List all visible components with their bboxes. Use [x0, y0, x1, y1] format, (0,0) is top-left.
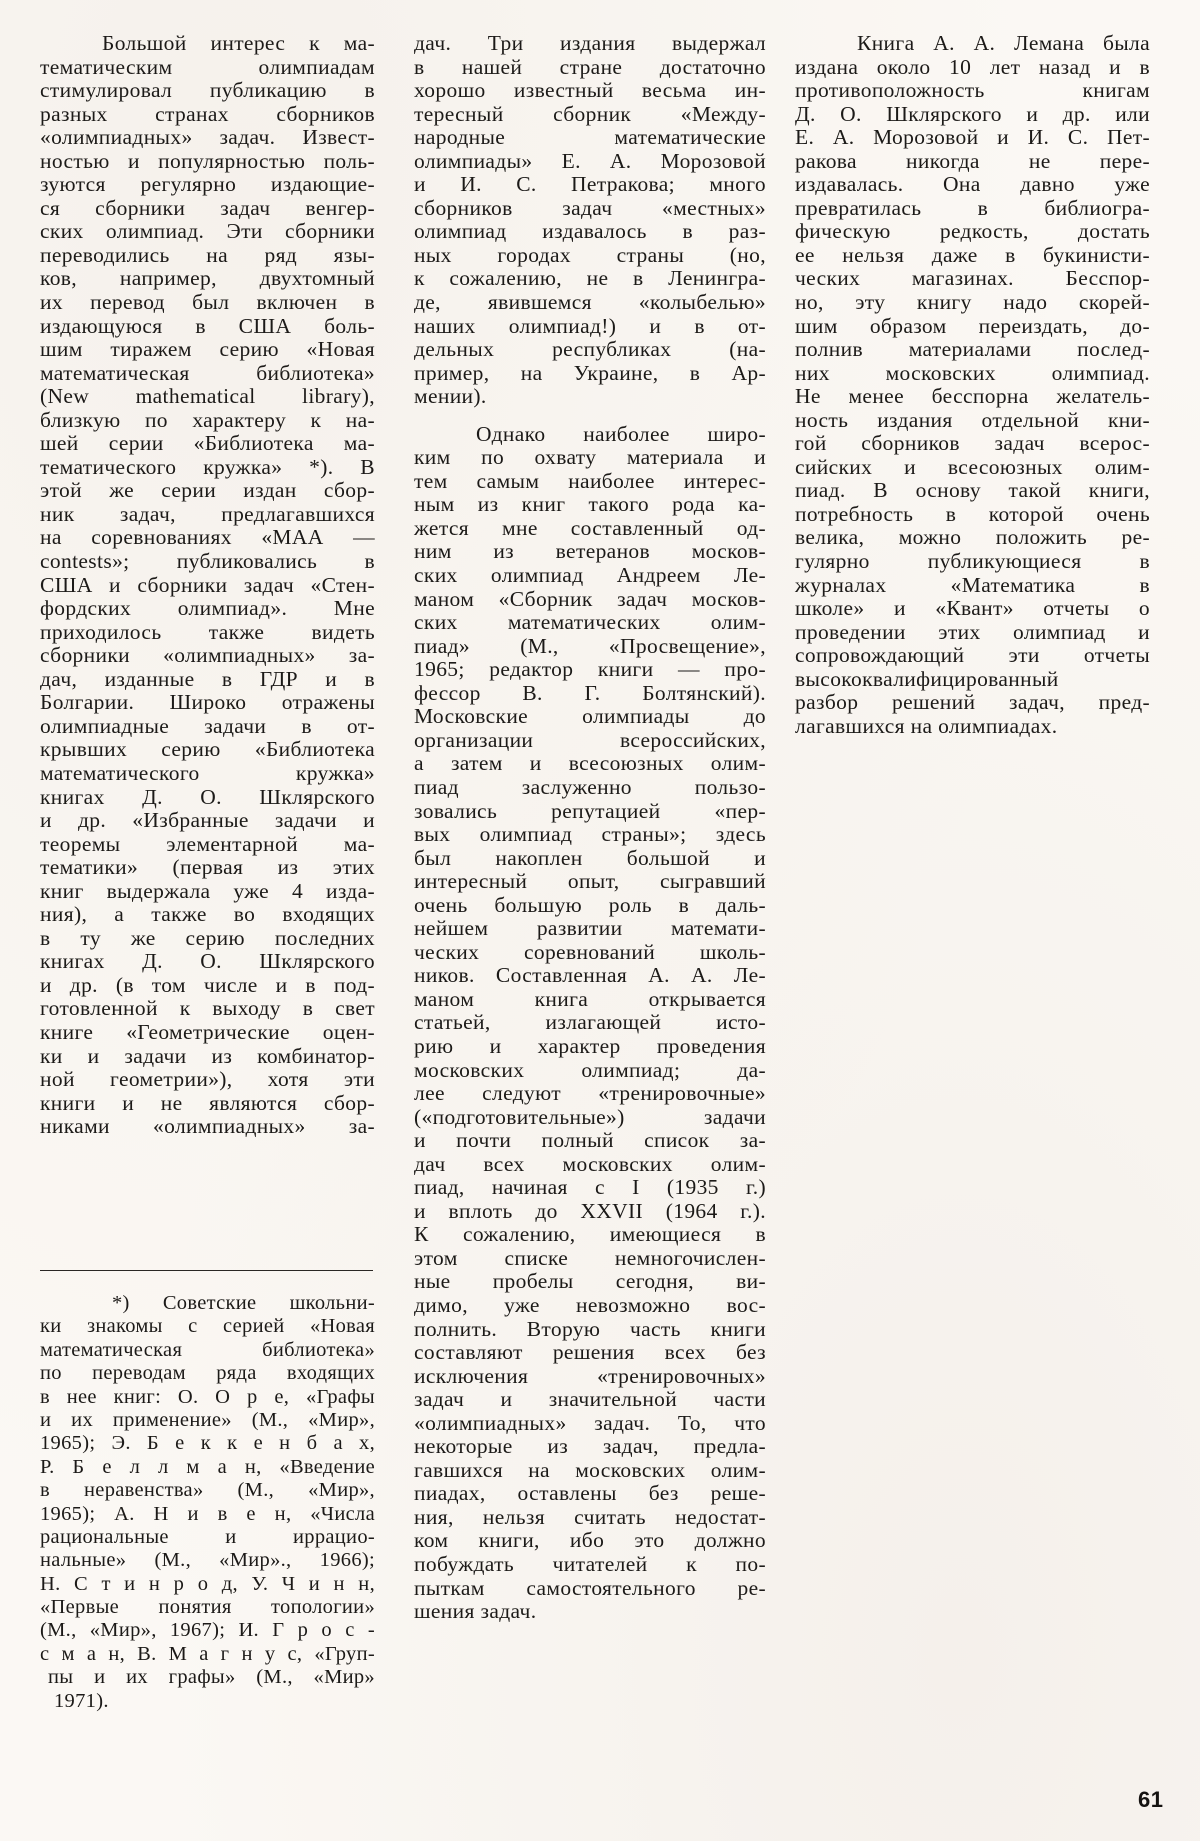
text-line: полнив материалами послед-	[795, 338, 1150, 362]
text-line: маном книга открывается	[414, 988, 766, 1012]
text-line: велика, можно положить ре-	[795, 526, 1150, 550]
text-line: в ту же серию последних	[40, 927, 375, 951]
text-line: К сожалению, имеющиеся в	[414, 1223, 766, 1247]
text-line: хорошо известный весьма ин-	[414, 79, 766, 103]
text-line: рию и характер проведения	[414, 1035, 766, 1059]
text-line: организации всероссийских,	[414, 729, 766, 753]
footnote-line: в нее книг: О. О р е, «Графы	[40, 1386, 375, 1409]
text-line: книг выдержала уже 4 изда-	[40, 880, 375, 904]
text-line: полнить. Вторую часть книги	[414, 1318, 766, 1342]
footnote-line: (М., «Мир», 1967); И. Г р о с -	[40, 1619, 375, 1642]
text-line: димо, уже невозможно вос-	[414, 1294, 766, 1318]
text-line: «олимпиадных» задач. Извест-	[40, 126, 375, 150]
text-line: лагавшихся на олимпиадах.	[795, 715, 1150, 739]
text-line: гой сборников задач всерос-	[795, 432, 1150, 456]
text-line: ком книги, ибо это должно	[414, 1529, 766, 1553]
text-line: математическая библиотека»	[40, 362, 375, 386]
text-line: ракова никогда не пере-	[795, 150, 1150, 174]
text-line: высококвалифицированный	[795, 668, 1150, 692]
text-line: дач, изданные в ГДР и в	[40, 668, 375, 692]
text-line: пример, на Украине, в Ар-	[414, 362, 766, 386]
text-line: ческих соревнований школь-	[414, 941, 766, 965]
text-line: ностью и популярностью поль-	[40, 150, 375, 174]
text-line: сопровождающий эти отчеты	[795, 644, 1150, 668]
text-line: ся сборники задач венгер-	[40, 197, 375, 221]
text-line: крывших серию «Библиотека	[40, 738, 375, 762]
text-line: Московские олимпиады до	[414, 705, 766, 729]
text-line: книги и не являются сбор-	[40, 1092, 375, 1116]
text-line: пиадах, оставлены без реше-	[414, 1482, 766, 1506]
text-line: интересный опыт, сыгравший	[414, 870, 766, 894]
text-line: и др. (в том числе и в под-	[40, 974, 375, 998]
text-line: тематического кружка» *). В	[40, 456, 375, 480]
text-line: лее следуют «тренировочные»	[414, 1082, 766, 1106]
text-line: издана около 10 лет назад и в	[795, 56, 1150, 80]
document-page: Большой интерес к ма- тематическим олимп…	[0, 0, 1200, 1841]
text-line: ным из книг такого рода ка-	[414, 493, 766, 517]
text-line: разбор решений задач, пред-	[795, 691, 1150, 715]
text-line: теоремы элементарной ма-	[40, 833, 375, 857]
text-line: книгах Д. О. Шклярского	[40, 950, 375, 974]
text-line: превратилась в библиогра-	[795, 197, 1150, 221]
text-line: ник задач, предлагавшихся	[40, 503, 375, 527]
text-line: и вплоть до XXVII (1964 г.).	[414, 1200, 766, 1224]
text-line: а затем и всесоюзных олим-	[414, 752, 766, 776]
text-line: шим тиражем серию «Новая	[40, 338, 375, 362]
text-line: шей серии «Библиотека ма-	[40, 432, 375, 456]
text-line: тем самым наиболее интерес-	[414, 470, 766, 494]
text-line: «олимпиадных» задач. То, что	[414, 1412, 766, 1436]
footnote-line: «Первые понятия топологии»	[40, 1596, 375, 1619]
paragraph: Однако наиболее широ- ким по охвату мате…	[414, 423, 766, 1624]
text-line: фессор В. Г. Болтянский).	[414, 682, 766, 706]
text-line: на соревнованиях «МАА —	[40, 526, 375, 550]
footnote-line: в неравенства» (М., «Мир»,	[40, 1479, 375, 1502]
text-line: Е. А. Морозовой и И. С. Пет-	[795, 126, 1150, 150]
text-line: ность издания отдельной кни-	[795, 409, 1150, 433]
text-line: ким по охвату материала и	[414, 446, 766, 470]
text-line: школе» и «Квант» отчеты о	[795, 597, 1150, 621]
text-line: гавшихся на московских олим-	[414, 1459, 766, 1483]
footnote-line: нальные» (М., «Мир»., 1966);	[40, 1549, 375, 1572]
text-line: тематическим олимпиадам	[40, 56, 375, 80]
text-line: побуждать читателей к по-	[414, 1553, 766, 1577]
text-line: тематики» (первая из этих	[40, 856, 375, 880]
text-line: математического кружка»	[40, 762, 375, 786]
text-line: был накоплен большой и	[414, 847, 766, 871]
footnote-line: и их применение» (М., «Мир»,	[40, 1409, 375, 1432]
footnote-line: ки знакомы с серией «Новая	[40, 1315, 375, 1338]
text-line: пиад, начиная с I (1935 г.)	[414, 1176, 766, 1200]
text-line: исключения «тренировочных»	[414, 1365, 766, 1389]
text-line: тересный сборник «Между-	[414, 103, 766, 127]
text-line: книге «Геометрические оцен-	[40, 1021, 375, 1045]
text-line: ной геометрии»), хотя эти	[40, 1068, 375, 1092]
text-line: ее нельзя даже в букинисти-	[795, 244, 1150, 268]
footnote-line: Н. С т и н р о д, У. Ч и н н,	[40, 1573, 375, 1596]
text-line: и др. «Избранные задачи и	[40, 809, 375, 833]
footnote-line: с м а н, В. М а г н у с, «Груп-	[40, 1643, 375, 1666]
text-line: жется мне составленный од-	[414, 517, 766, 541]
text-line: ные пробелы сегодня, ви-	[414, 1270, 766, 1294]
text-line: («подготовительные») задачи	[414, 1106, 766, 1130]
text-line: зовались репутацией «пер-	[414, 800, 766, 824]
text-line: олимпиад издавалось в раз-	[414, 220, 766, 244]
text-line: мении).	[414, 385, 766, 409]
footnote-line: пы и их графы» (М., «Мир»	[40, 1666, 375, 1689]
text-line: в нашей стране достаточно	[414, 56, 766, 80]
text-line: книгах Д. О. Шклярского	[40, 786, 375, 810]
text-line: но, эту книгу надо скорей-	[795, 291, 1150, 315]
text-line: Большой интерес к ма-	[40, 32, 375, 56]
text-line: фическую редкость, достать	[795, 220, 1150, 244]
text-line: олимпиадные задачи в от-	[40, 715, 375, 739]
text-line: и почти полный список за-	[414, 1129, 766, 1153]
text-line: сийских и всесоюзных олим-	[795, 456, 1150, 480]
text-column-1: Большой интерес к ма- тематическим олимп…	[40, 32, 375, 1139]
text-line: близкую по характеру к на-	[40, 409, 375, 433]
text-line: Не менее бесспорна желатель-	[795, 385, 1150, 409]
text-line: пиад. В основу такой книги,	[795, 479, 1150, 503]
text-line: зуются регулярно издающие-	[40, 173, 375, 197]
text-line: шим образом переиздать, до-	[795, 315, 1150, 339]
text-line: ных городах страны (но,	[414, 244, 766, 268]
text-line: готовленной к выходу в свет	[40, 997, 375, 1021]
page-number: 61	[1138, 1787, 1163, 1813]
text-line: Книга А. А. Лемана была	[795, 32, 1150, 56]
text-line: шения задач.	[414, 1600, 766, 1624]
text-line: США и сборники задач «Стен-	[40, 574, 375, 598]
text-line: противоположность книгам	[795, 79, 1150, 103]
text-line: де, явившемся «колыбелью»	[414, 291, 766, 315]
text-line: гулярно публикующиеся в	[795, 550, 1150, 574]
text-line: нейшем развитии математи-	[414, 917, 766, 941]
text-line: фордских олимпиад». Мне	[40, 597, 375, 621]
text-line: дельных республиках (на-	[414, 338, 766, 362]
text-line: ния), а также во входящих	[40, 903, 375, 927]
footnote-divider	[40, 1270, 373, 1271]
text-line: стимулировал публикацию в	[40, 79, 375, 103]
text-line: (New mathematical library),	[40, 385, 375, 409]
footnote: *) Советские школьни- ки знакомы с серие…	[40, 1292, 375, 1713]
text-line: пиад заслуженно пользо-	[414, 776, 766, 800]
paragraph-spacing	[414, 409, 766, 423]
text-line: народные математические	[414, 126, 766, 150]
footnote-line: по переводам ряда входящих	[40, 1362, 375, 1385]
text-line: дач. Три издания выдержал	[414, 32, 766, 56]
text-column-2: дач. Три издания выдержал в нашей стране…	[414, 32, 766, 1624]
text-line: задач и значительной части	[414, 1388, 766, 1412]
text-line: ним из ветеранов москов-	[414, 540, 766, 564]
text-line: проведении этих олимпиад и	[795, 621, 1150, 645]
text-line: маном «Сборник задач москов-	[414, 588, 766, 612]
text-line: составляют решения всех без	[414, 1341, 766, 1365]
text-line: статьей, излагающей исто-	[414, 1011, 766, 1035]
text-line: ческих магазинах. Бесспор-	[795, 267, 1150, 291]
text-line: Однако наиболее широ-	[414, 423, 766, 447]
footnote-line: 1965); Э. Б е к к е н б а х,	[40, 1432, 375, 1455]
text-line: дач всех московских олим-	[414, 1153, 766, 1177]
text-line: ки и задачи из комбинатор-	[40, 1045, 375, 1069]
footnote-line: Р. Б е л л м а н, «Введение	[40, 1456, 375, 1479]
text-line: ских математических олим-	[414, 611, 766, 635]
paragraph: Книга А. А. Лемана была издана около 10 …	[795, 32, 1150, 738]
text-line: contests»; публиковались в	[40, 550, 375, 574]
text-line: к сожалению, не в Ленингра-	[414, 267, 766, 291]
text-line: пыткам самостоятельного ре-	[414, 1577, 766, 1601]
text-line: издавалась. Она давно уже	[795, 173, 1150, 197]
text-line: некоторые из задач, предла-	[414, 1435, 766, 1459]
text-line: сборники «олимпиадных» за-	[40, 644, 375, 668]
text-line: ских олимпиад. Эти сборники	[40, 220, 375, 244]
text-line: ния, нельзя считать недостат-	[414, 1506, 766, 1530]
text-line: Д. О. Шклярского и др. или	[795, 103, 1150, 127]
text-line: них московских олимпиад.	[795, 362, 1150, 386]
text-line: этой же серии издан сбор-	[40, 479, 375, 503]
text-line: приходилось также видеть	[40, 621, 375, 645]
text-line: переводились на ряд язы-	[40, 244, 375, 268]
text-line: ских олимпиад Андреем Ле-	[414, 564, 766, 588]
text-line: очень большую роль в даль-	[414, 894, 766, 918]
footnote-line: 1971).	[40, 1690, 375, 1713]
text-line: потребность в которой очень	[795, 503, 1150, 527]
text-line: этом списке немногочислен-	[414, 1247, 766, 1271]
text-line: московских олимпиад; да-	[414, 1059, 766, 1083]
text-column-3: Книга А. А. Лемана была издана около 10 …	[795, 32, 1150, 738]
footnote-line: 1965); А. Н и в е н, «Числа	[40, 1503, 375, 1526]
text-line: издающуюся в США боль-	[40, 315, 375, 339]
footnote-line: рациональные и иррацио-	[40, 1526, 375, 1549]
text-line: вых олимпиад страны»; здесь	[414, 823, 766, 847]
text-line: их перевод был включен в	[40, 291, 375, 315]
text-line: ников. Составленная А. А. Ле-	[414, 964, 766, 988]
text-line: олимпиады» Е. А. Морозовой	[414, 150, 766, 174]
footnote-line: *) Советские школьни-	[40, 1292, 375, 1315]
text-line: наших олимпиад!) и в от-	[414, 315, 766, 339]
paragraph: дач. Три издания выдержал в нашей стране…	[414, 32, 766, 409]
text-line: Болгарии. Широко отражены	[40, 691, 375, 715]
text-line: разных странах сборников	[40, 103, 375, 127]
text-line: пиад» (М., «Просвещение»,	[414, 635, 766, 659]
text-line: журналах «Математика в	[795, 574, 1150, 598]
paragraph: Большой интерес к ма- тематическим олимп…	[40, 32, 375, 1139]
footnote-line: математическая библиотека»	[40, 1339, 375, 1362]
text-line: 1965; редактор книги — про-	[414, 658, 766, 682]
text-line: сборников задач «местных»	[414, 197, 766, 221]
text-line: и И. С. Петракова; много	[414, 173, 766, 197]
text-line: ков, например, двухтомный	[40, 267, 375, 291]
text-line: никами «олимпиадных» за-	[40, 1115, 375, 1139]
